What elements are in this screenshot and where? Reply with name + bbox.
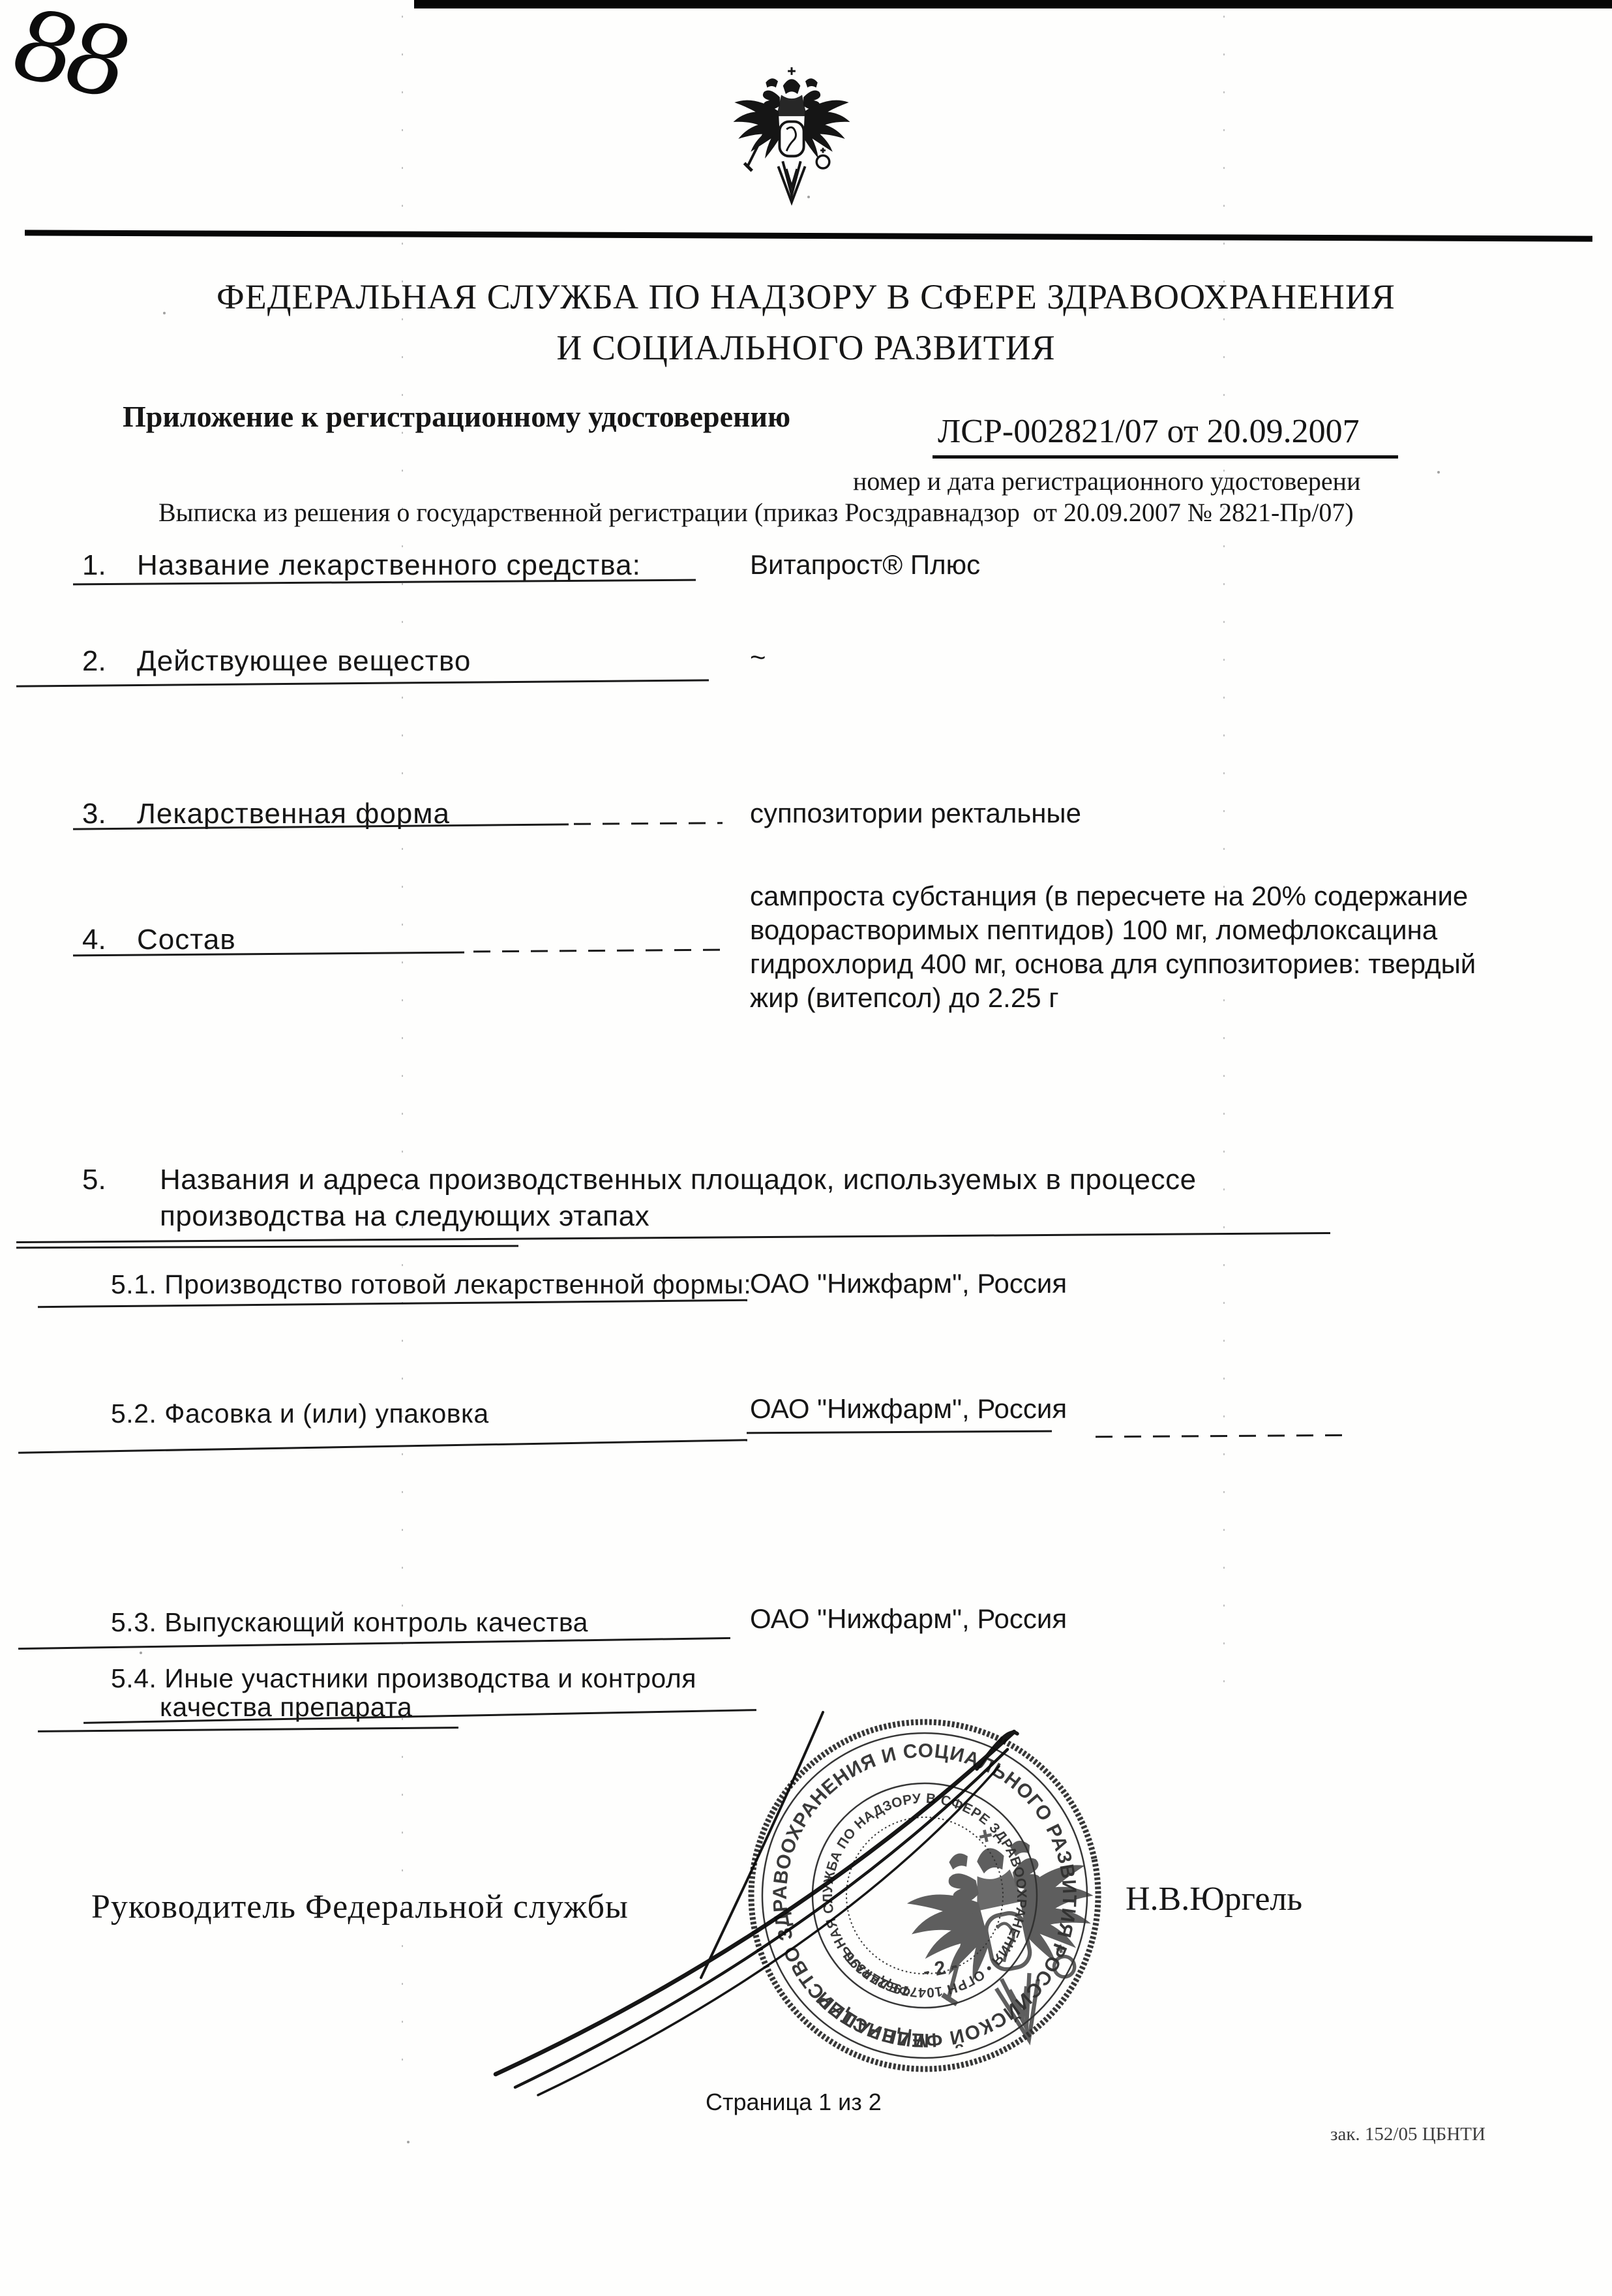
item-value-dosage-form: суппозитории ректальные [750,798,1081,829]
composition-line: гидрохлорид 400 мг, основа для суппозито… [750,947,1476,981]
item-value-drug-name: Витапрост® Плюс [750,549,980,581]
scan-speck [407,2141,410,2143]
extract-line: Выписка из решения о государственной рег… [158,497,1354,528]
item-value-active-substance: ~ [750,642,766,673]
subitem-label-packaging: 5.2. Фасовка и (или) упаковка [111,1398,489,1429]
item-label-drug-name: Название лекарственного средства: [137,549,641,582]
form-underline [16,679,709,687]
subitem-value-finished-form: ОАО "Нижфарм", Россия [750,1268,1067,1299]
composition-line: жир (витепсол) до 2.25 г [750,981,1476,1015]
appendix-title: Приложение к регистрационному удостовере… [123,399,790,434]
item-number: 4. [82,924,106,956]
registration-number-underline [933,455,1398,459]
header-rule [25,230,1592,241]
item-number: 3. [82,798,106,830]
composition-line: водорастворимых пептидов) 100 мг, ломефл… [750,913,1476,947]
handwritten-page-number: 88 [8,0,128,113]
scan-speck [140,1652,142,1654]
item-label-manufacturing-sites-line2: производства на следующих этапах [160,1200,649,1233]
scanned-document-page: 88 ФЕДЕРАЛЬНАЯ СЛУЖБА ПО НАДЗОРУ В СФЕРЕ… [0,0,1612,2296]
item-label-manufacturing-sites-line1: Названия и адреса производственных площа… [160,1164,1197,1196]
subitem-value-packaging: ОАО "Нижфарм", Россия [750,1393,1067,1425]
scan-speck [1437,471,1440,474]
form-underline [473,949,721,953]
item-value-composition: сампроста субстанция (в пересчете на 20%… [750,879,1476,1015]
agency-name-line2: И СОЦИАЛЬНОГО РАЗВИТИЯ [0,327,1612,368]
form-underline [38,1299,747,1308]
form-underline [18,1637,730,1650]
form-underline [574,822,723,825]
page-info: Страница 1 из 2 [706,2089,882,2116]
signatory-role-label: Руководитель Федеральной службы [91,1888,629,1926]
registration-number: ЛСР-002821/07 от 20.09.2007 [938,412,1360,451]
order-reference: зак. 152/05 ЦБНТИ [1330,2124,1485,2145]
subitem-label-quality-control: 5.3. Выпускающий контроль качества [111,1607,588,1638]
item-number: 5. [82,1164,106,1196]
item-number: 2. [82,645,106,678]
scan-artifact-dotted-line [402,16,403,2077]
form-underline [73,952,464,957]
coat-of-arms-icon [728,64,856,207]
signatory-name: Н.В.Юргель [1126,1880,1302,1918]
subitem-value-quality-control: ОАО "Нижфарм", Россия [750,1603,1067,1635]
registration-number-caption: номер и дата регистрационного удостовере… [853,466,1361,496]
scan-artifact-top-bar [414,0,1612,8]
form-underline [16,1245,518,1249]
subitem-label-finished-form: 5.1. Производство готовой лекарственной … [111,1269,751,1300]
form-underline [38,1727,458,1732]
form-underline [747,1430,1052,1434]
item-label-composition: Состав [137,924,236,956]
composition-line: сампроста субстанция (в пересчете на 20%… [750,879,1476,913]
item-label-active-substance: Действующее вещество [137,645,471,678]
agency-name-line1: ФЕДЕРАЛЬНАЯ СЛУЖБА ПО НАДЗОРУ В СФЕРЕ ЗД… [0,277,1612,317]
form-underline [18,1439,747,1454]
form-underline [16,1232,1330,1243]
item-number: 1. [82,549,106,582]
